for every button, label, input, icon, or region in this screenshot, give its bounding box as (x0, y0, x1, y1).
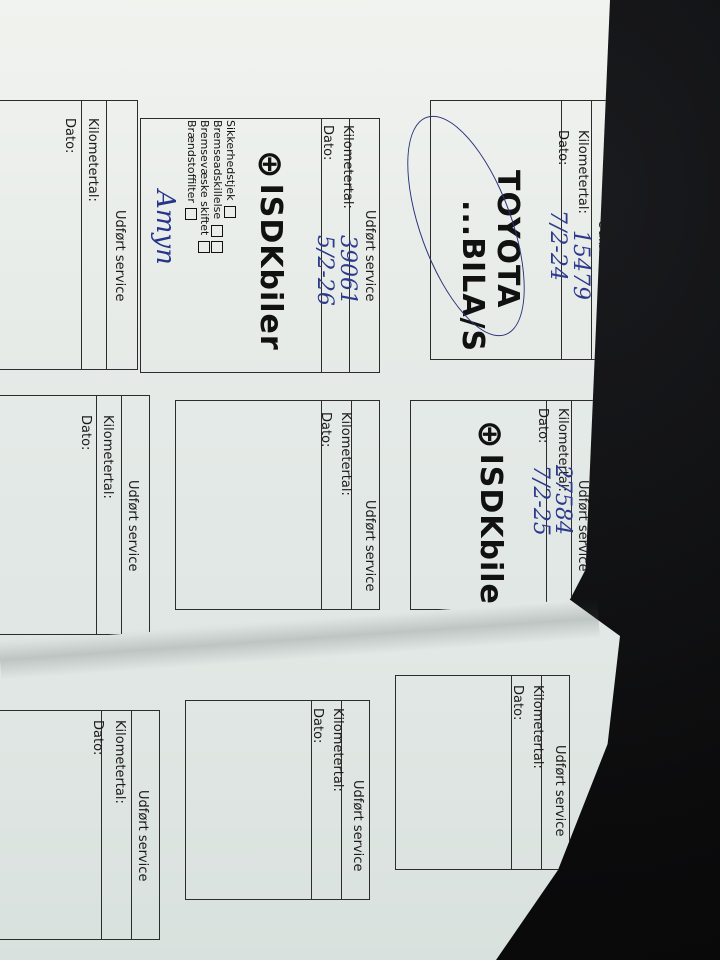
booklet-page-top: Udført service Kilometertal: Dato: Udfør… (0, 0, 610, 670)
date-label: Dato: (90, 720, 105, 755)
km-label: Kilometertal: (100, 415, 115, 499)
header-label: Udført service (362, 500, 377, 591)
dealer-stamp: ⊕ ISDKbiler (250, 150, 290, 351)
date-label: Dato: (310, 708, 325, 743)
date-label: Dato: (78, 415, 93, 450)
km-label: Kilometertal: (530, 685, 545, 769)
km-label: Kilometertal: (330, 708, 345, 792)
date-label: Dato: (510, 685, 525, 720)
toyota-logo-icon: ⊕ (250, 150, 290, 179)
date-label: Dato: (320, 125, 335, 160)
km-label: Kilometertal: (85, 118, 100, 202)
date-label: Dato: (318, 412, 333, 447)
signature: Amyn (150, 190, 180, 265)
km-label: Kilometertal: (338, 412, 353, 496)
service-checklist: Sikkerhedstjek Bremseadskillelse Bremsev… (185, 120, 237, 255)
header-label: Udført service (362, 210, 377, 301)
date-label: Dato: (62, 118, 77, 153)
km-value: 27584 (550, 465, 575, 535)
km-value: 39061 (335, 235, 360, 305)
km-label: Kilometertal: (575, 130, 590, 214)
date-value: 7/2-25 (528, 465, 553, 536)
header-label: Udført service (350, 780, 365, 871)
date-label: Dato: (535, 408, 550, 443)
km-label: Kilometertal: (112, 720, 127, 804)
km-value: 15479 (568, 230, 593, 300)
date-value: 5/2-26 (312, 235, 337, 306)
date-label: Dato: (555, 130, 570, 165)
header-label: Udført service (125, 480, 140, 571)
km-label: Kilometertal: (340, 125, 355, 209)
date-value: 7/2-24 (545, 210, 570, 281)
toyota-logo-icon: ⊕ (470, 420, 510, 449)
header-label: Udført service (135, 790, 150, 881)
header-label: Udført service (552, 745, 567, 836)
dealer-stamp: ⊕ ISDKbiler (470, 420, 510, 621)
header-label: Udført service (112, 210, 127, 301)
